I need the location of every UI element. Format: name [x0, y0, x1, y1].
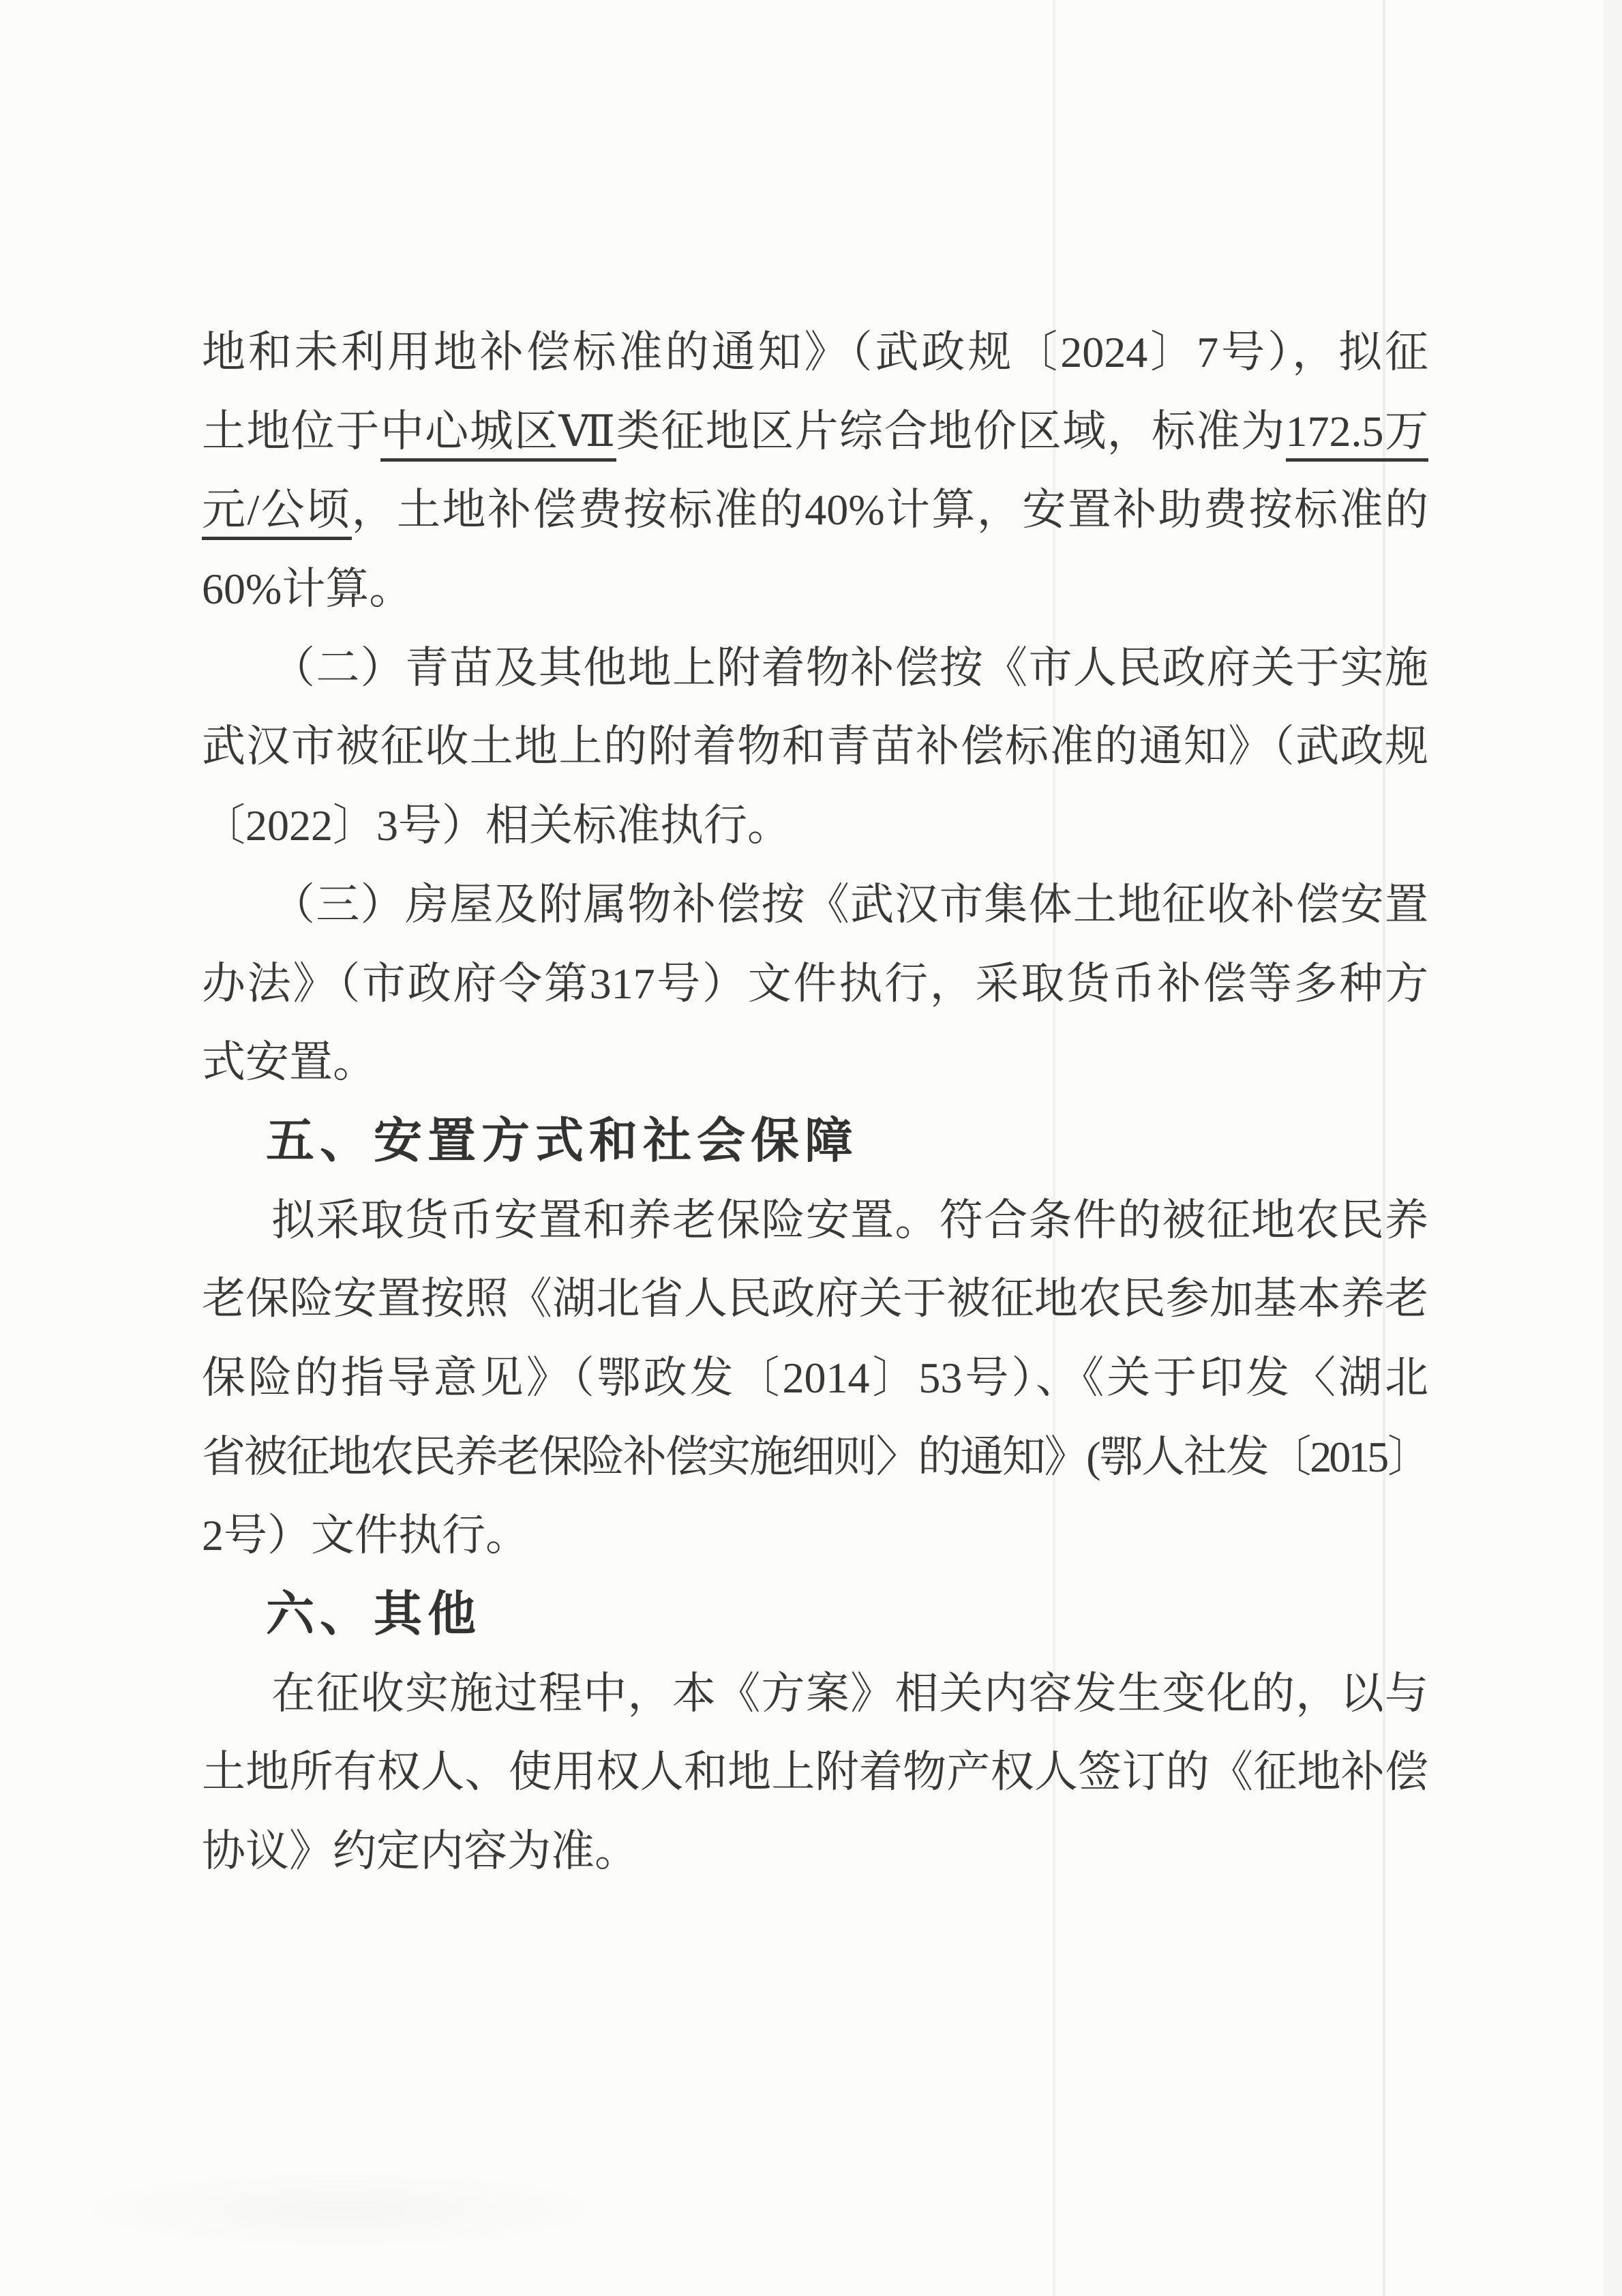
- text-line: 〔2022〕3号）相关标准执行。: [202, 786, 1428, 865]
- document-page: 地和未利用地补偿标准的通知》（武政规〔2024〕7号），拟征 土地位于中心城区Ⅶ…: [0, 0, 1622, 2296]
- text-line: 60%计算。: [202, 550, 1428, 629]
- line-text: 土地位于: [202, 407, 380, 456]
- scan-smudge: [61, 2168, 620, 2250]
- heading-text: 五、安置方式和社会保障: [266, 1114, 858, 1168]
- line-text: 〔2022〕3号）相关标准执行。: [202, 801, 791, 850]
- line-text: （二）青苗及其他地上附着物补偿按《市人民政府关于实施: [271, 644, 1428, 692]
- text-line: 保险的指导意见》（鄂政发〔2014〕53号）、《关于印发〈湖北: [202, 1339, 1428, 1418]
- line-text: （三）房屋及附属物补偿按《武汉市集体土地征收补偿安置: [271, 880, 1428, 929]
- text-line: 协议》约定内容为准。: [202, 1812, 1428, 1891]
- line-text: 地和未利用地补偿标准的通知》（武政规〔2024〕7号），拟征: [202, 328, 1428, 376]
- text-line: 拟采取货币安置和养老保险安置。符合条件的被征地农民养: [202, 1181, 1428, 1260]
- line-text: 省被征地农民养老保险补偿实施细则〉的通知》(鄂人社发〔2015〕: [202, 1433, 1428, 1481]
- line-text: ，土地补偿费按标准的40%计算，安置补助费按标准的: [352, 486, 1428, 534]
- line-text: 办法》（市政府令第317号）文件执行，采取货币补偿等多种方: [202, 959, 1428, 1008]
- text-line: 土地位于中心城区Ⅶ类征地区片综合地价区域，标准为172.5万: [202, 392, 1428, 471]
- text-line: （二）青苗及其他地上附着物补偿按《市人民政府关于实施: [202, 629, 1428, 708]
- text-line: 元/公顷，土地补偿费按标准的40%计算，安置补助费按标准的: [202, 471, 1428, 550]
- line-text: 协议》约定内容为准。: [202, 1827, 638, 1875]
- underlined-text: 中心城区Ⅶ: [380, 407, 616, 462]
- text-line: 省被征地农民养老保险补偿实施细则〉的通知》(鄂人社发〔2015〕: [202, 1418, 1428, 1497]
- text-line: 武汉市被征收土地上的附着物和青苗补偿标准的通知》（武政规: [202, 707, 1428, 786]
- scan-edge-shadow: [1604, 0, 1622, 2296]
- line-text: 2号）文件执行。: [202, 1511, 529, 1560]
- text-line: （三）房屋及附属物补偿按《武汉市集体土地征收补偿安置: [202, 865, 1428, 944]
- line-text: 在征收实施过程中，本《方案》相关内容发生变化的，以与: [271, 1669, 1428, 1718]
- text-line: 老保险安置按照《湖北省人民政府关于被征地农民参加基本养老: [202, 1259, 1428, 1339]
- line-text: 式安置。: [202, 1038, 376, 1086]
- heading-text: 六、其他: [266, 1587, 481, 1641]
- underlined-text: 172.5万: [1286, 407, 1428, 462]
- underlined-text: 元/公顷: [202, 486, 352, 540]
- section-heading: 五、安置方式和社会保障: [202, 1102, 1428, 1181]
- line-text: 土地所有权人、使用权人和地上附着物产权人签订的《征地补偿: [202, 1748, 1428, 1796]
- line-text: 拟采取货币安置和养老保险安置。符合条件的被征地农民养: [271, 1196, 1428, 1244]
- text-line: 2号）文件执行。: [202, 1496, 1428, 1575]
- line-text: 类征地区片综合地价区域，标准为: [616, 407, 1286, 456]
- text-line: 在征收实施过程中，本《方案》相关内容发生变化的，以与: [202, 1654, 1428, 1733]
- text-line: 土地所有权人、使用权人和地上附着物产权人签订的《征地补偿: [202, 1733, 1428, 1812]
- line-text: 老保险安置按照《湖北省人民政府关于被征地农民参加基本养老: [202, 1274, 1428, 1323]
- line-text: 60%计算。: [202, 565, 412, 613]
- line-text: 保险的指导意见》（鄂政发〔2014〕53号）、《关于印发〈湖北: [202, 1354, 1428, 1402]
- text-line: 地和未利用地补偿标准的通知》（武政规〔2024〕7号），拟征: [202, 313, 1428, 392]
- text-line: 办法》（市政府令第317号）文件执行，采取货币补偿等多种方: [202, 944, 1428, 1024]
- section-heading: 六、其他: [202, 1575, 1428, 1654]
- document-body: 地和未利用地补偿标准的通知》（武政规〔2024〕7号），拟征 土地位于中心城区Ⅶ…: [202, 313, 1428, 1891]
- text-line: 式安置。: [202, 1023, 1428, 1102]
- line-text: 武汉市被征收土地上的附着物和青苗补偿标准的通知》（武政规: [202, 722, 1428, 771]
